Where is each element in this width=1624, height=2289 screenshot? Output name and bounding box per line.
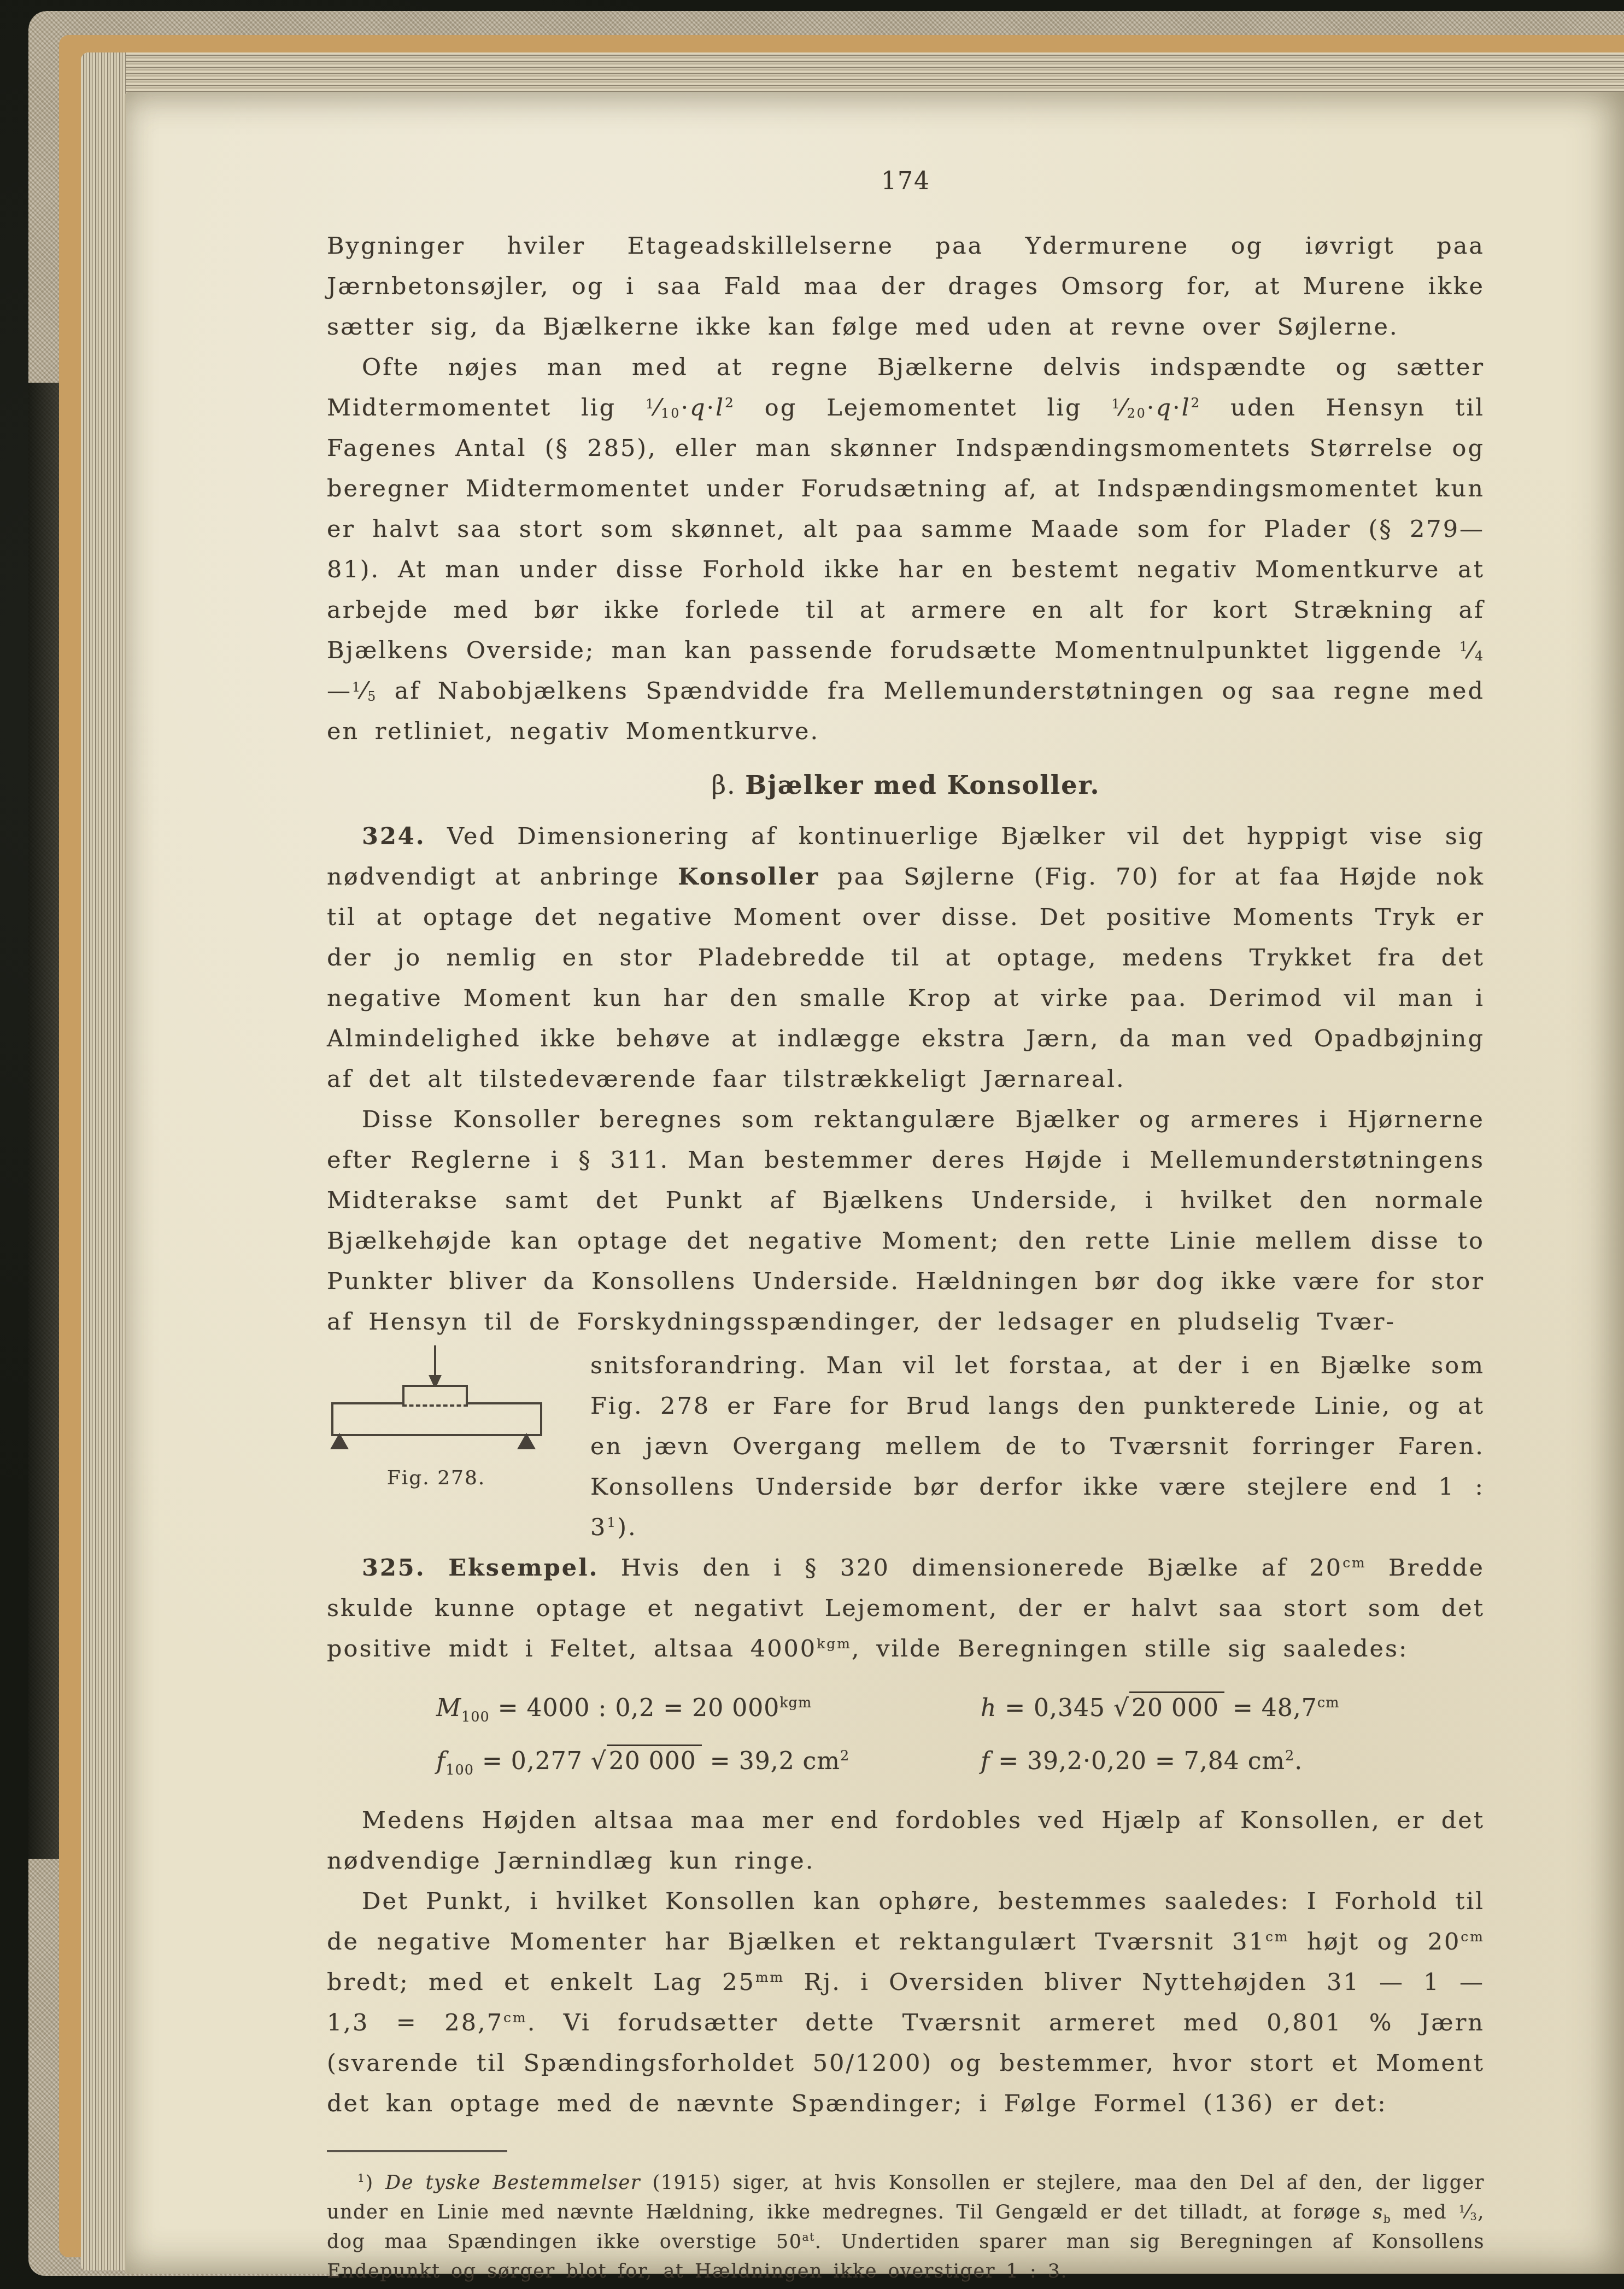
- beam-step-block: [402, 1385, 468, 1407]
- paragraph-324: 324. Ved Dimensionering af kontinuerlige…: [327, 816, 1485, 1099]
- section-letter: β.: [711, 770, 736, 800]
- equation-f100: f100 = 0,277 √20 000 = 39,2 cm2: [436, 1747, 981, 1775]
- equation-f: f = 39,2·0,20 = 7,84 cm2.: [981, 1747, 1485, 1775]
- section-title: Bjælker med Konsoller.: [745, 770, 1100, 800]
- paragraph-medens: Medens Højden altsaa maa mer end fordobl…: [327, 1800, 1485, 1881]
- paragraph-ofte: Ofte nøjes man med at regne Bjælkerne de…: [327, 347, 1485, 752]
- book-scan: 174 Bygninger hviler Etageadskillelserne…: [0, 0, 1624, 2289]
- section-heading: β. Bjælker med Konsoller.: [327, 770, 1485, 800]
- equation-m100: M100 = 4000 : 0,2 = 20 000kgm: [436, 1694, 981, 1722]
- book-page: 174 Bygninger hviler Etageadskillelserne…: [125, 92, 1624, 2274]
- figure-278: Fig. 278.: [327, 1345, 562, 1509]
- figure-row: Fig. 278. snitsforandring. Man vil let f…: [327, 1345, 1485, 1548]
- page-edges-top: [81, 52, 1624, 94]
- page-content: 174 Bygninger hviler Etageadskillelserne…: [126, 92, 1624, 2286]
- load-arrow-icon: [434, 1345, 436, 1376]
- support-triangle-right-icon: [517, 1433, 536, 1449]
- paragraph-continuation: Bygninger hviler Etageadskillelserne paa…: [327, 226, 1485, 347]
- equation-h: h = 0,345 √20 000 = 48,7cm: [981, 1694, 1485, 1722]
- equation-block: M100 = 4000 : 0,2 = 20 000kgm h = 0,345 …: [327, 1694, 1485, 1775]
- page-number: 174: [327, 167, 1485, 195]
- paragraph-snitsforandring: snitsforandring. Man vil let forstaa, at…: [590, 1345, 1485, 1548]
- footnote-text: 1) De tyske Bestemmelser (1915) siger, a…: [327, 2168, 1485, 2286]
- beam-body: [331, 1402, 542, 1436]
- page-edges-left: [81, 52, 126, 2270]
- footnote-separator: [327, 2150, 507, 2152]
- support-triangle-left-icon: [330, 1433, 349, 1449]
- figure-side-text: snitsforandring. Man vil let forstaa, at…: [590, 1345, 1485, 1548]
- figure-caption: Fig. 278.: [327, 1467, 546, 1489]
- paragraph-disse-konsoller: Disse Konsoller beregnes som rektangulær…: [327, 1099, 1485, 1342]
- paragraph-det-punkt: Det Punkt, i hvilket Konsollen kan ophør…: [327, 1881, 1485, 2124]
- paragraph-325: 325. Eksempel. Hvis den i § 320 dimensio…: [327, 1548, 1485, 1669]
